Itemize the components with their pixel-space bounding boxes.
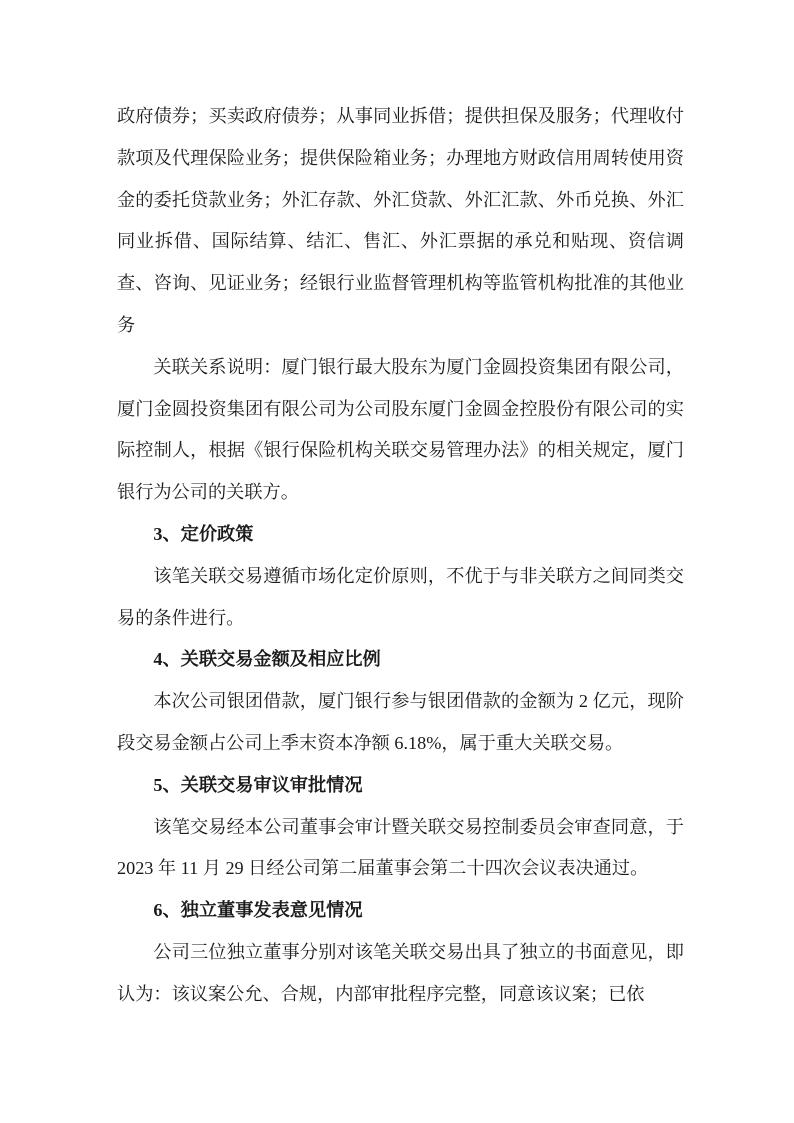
document-page: 政府债券；买卖政府债券；从事同业拆借；提供担保及服务；代理收付款项及代理保险业务… (0, 0, 794, 1123)
section-heading: 4、关联交易金额及相应比例 (117, 639, 684, 681)
body-paragraph: 公司三位独立董事分别对该笔关联交易出具了独立的书面意见，即认为：该议案公允、合规… (117, 932, 684, 1016)
body-paragraph: 关联关系说明：厦门银行最大股东为厦门金圆投资集团有限公司，厦门金圆投资集团有限公… (117, 347, 684, 514)
section-heading: 5、关联交易审议审批情况 (117, 765, 684, 807)
section-heading: 3、定价政策 (117, 514, 684, 556)
body-paragraph: 政府债券；买卖政府债券；从事同业拆借；提供担保及服务；代理收付款项及代理保险业务… (117, 96, 684, 347)
body-paragraph: 该笔交易经本公司董事会审计暨关联交易控制委员会审查同意，于 2023 年 11 … (117, 807, 684, 891)
section-heading: 6、独立董事发表意见情况 (117, 890, 684, 932)
document-text-block: 政府债券；买卖政府债券；从事同业拆借；提供担保及服务；代理收付款项及代理保险业务… (117, 96, 684, 1016)
body-paragraph: 该笔关联交易遵循市场化定价原则，不优于与非关联方之间同类交易的条件进行。 (117, 556, 684, 640)
body-paragraph: 本次公司银团借款，厦门银行参与银团借款的金额为 2 亿元，现阶段交易金额占公司上… (117, 681, 684, 765)
